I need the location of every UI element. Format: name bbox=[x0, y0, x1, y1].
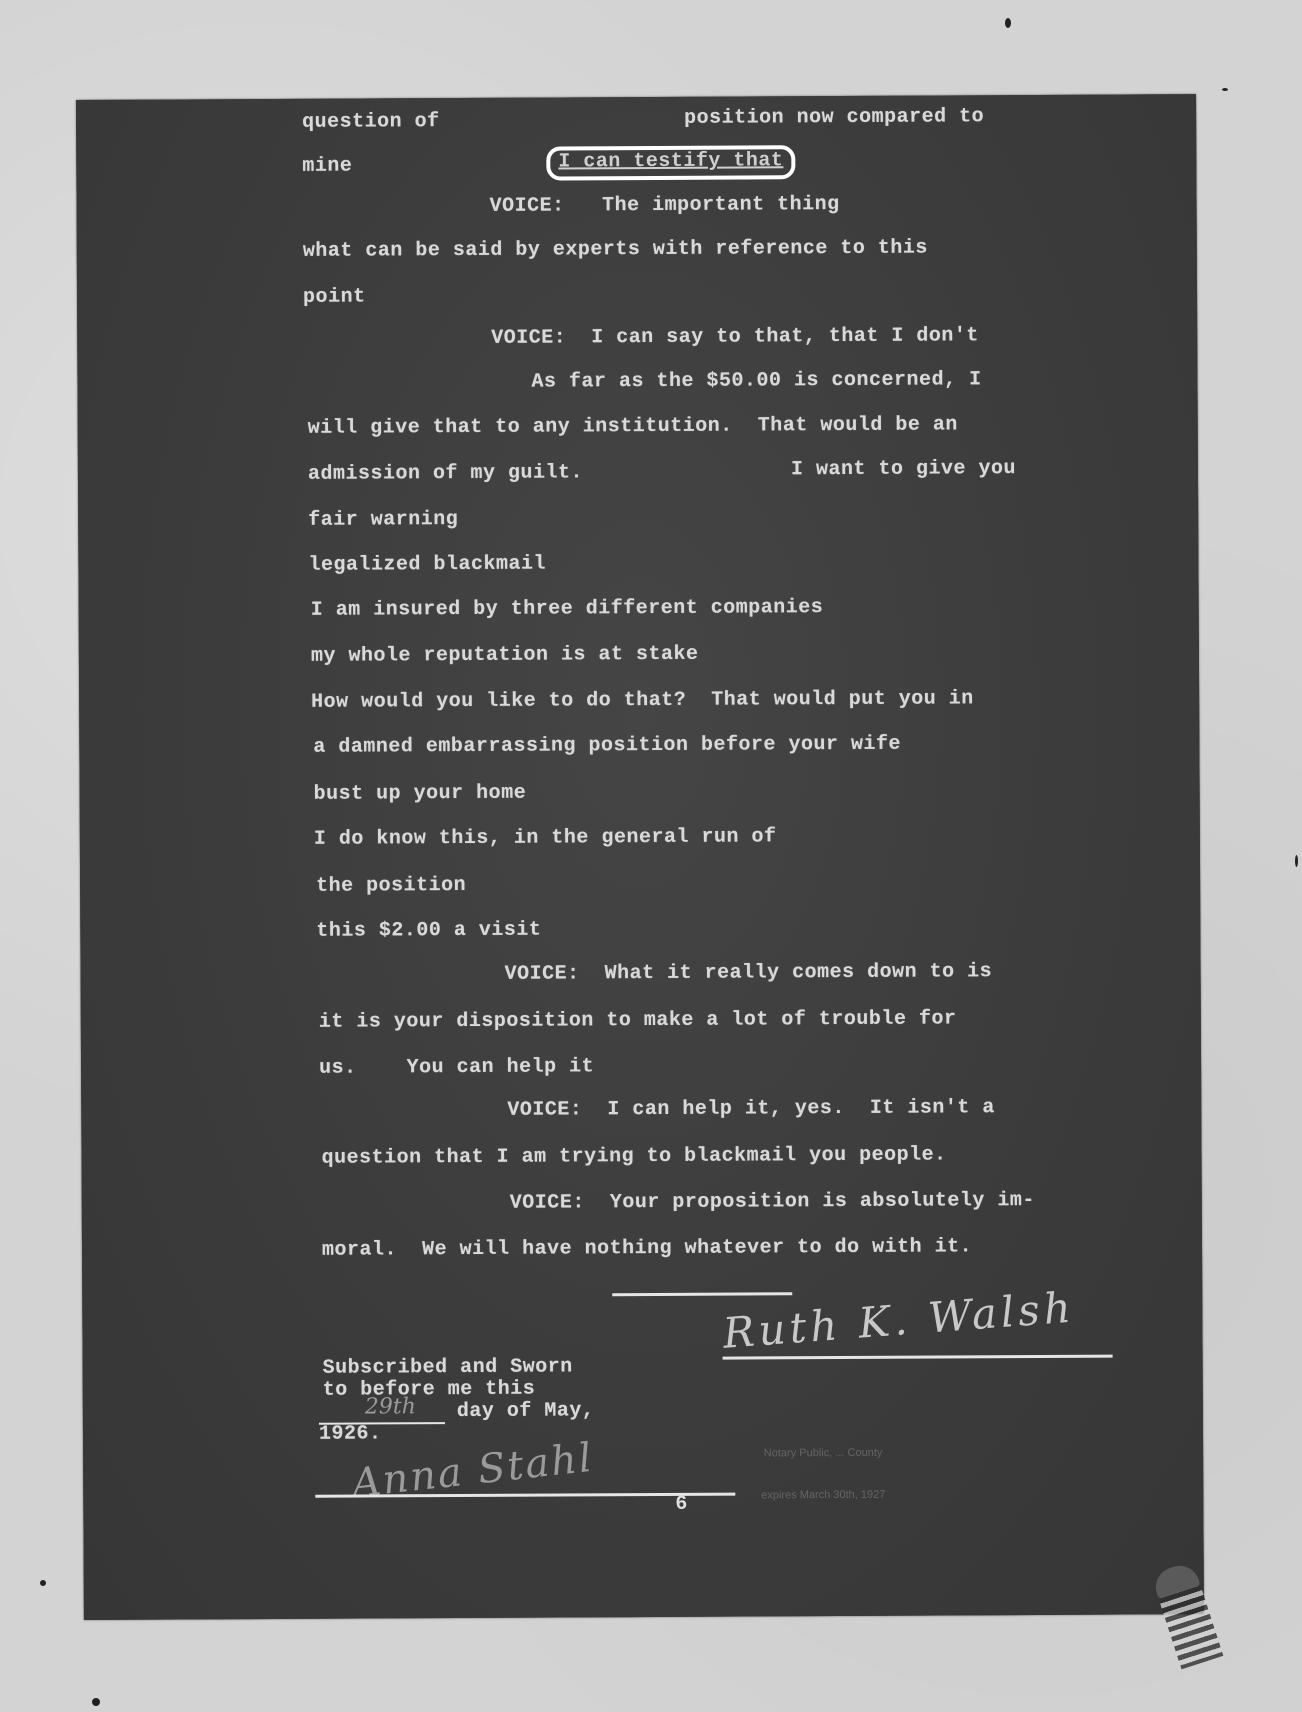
text-line: the position bbox=[316, 874, 466, 898]
page-number: 6 bbox=[675, 1493, 687, 1516]
speaker-line: VOICE: What it really comes down to is bbox=[505, 960, 993, 986]
signature-rule-top bbox=[612, 1292, 792, 1296]
notary-stamp: Notary Public, ... County expires March … bbox=[703, 1445, 943, 1502]
text-line: what can be said by experts with referen… bbox=[303, 237, 928, 263]
text-line: moral. We will have nothing whatever to … bbox=[322, 1235, 972, 1261]
speaker-line: VOICE: I can help it, yes. It isn't a bbox=[507, 1096, 995, 1122]
jurat-line: day of May, bbox=[457, 1399, 595, 1423]
text-line: fair warning bbox=[308, 508, 458, 532]
text-line: legalized blackmail bbox=[308, 553, 546, 577]
document-page: question of position now compared to min… bbox=[76, 94, 1204, 1620]
speaker-line: VOICE: The important thing bbox=[490, 193, 840, 218]
text-line: I want to give you bbox=[791, 457, 1016, 481]
text-line: How would you like to do that? That woul… bbox=[311, 687, 974, 713]
text-line: admission of my guilt. bbox=[308, 461, 583, 485]
pencil-eraser-artifact bbox=[1151, 1561, 1224, 1670]
dust-speck bbox=[92, 1698, 100, 1706]
text-line: question of bbox=[302, 110, 440, 134]
text-line: a damned embarrassing position before yo… bbox=[313, 733, 901, 759]
text-line: As far as the $50.00 is concerned, I bbox=[531, 368, 981, 393]
text-line: I do know this, in the general run of bbox=[314, 825, 777, 850]
dust-speck bbox=[40, 1580, 46, 1586]
notary-stamp-line: expires March 30th, 1927 bbox=[703, 1487, 943, 1502]
text-line: it is your disposition to make a lot of … bbox=[319, 1007, 957, 1033]
dust-speck bbox=[1222, 88, 1228, 91]
text-line: point bbox=[303, 285, 366, 308]
jurat-line: Subscribed and Sworn bbox=[323, 1355, 573, 1379]
text-line: position now compared to bbox=[684, 105, 984, 130]
dust-speck bbox=[1005, 18, 1011, 28]
text-line: I am insured by three different companie… bbox=[311, 596, 824, 622]
text-line: bust up your home bbox=[314, 782, 527, 806]
notary-stamp-line: Notary Public, ... County bbox=[703, 1445, 943, 1460]
text-line: this $2.00 a visit bbox=[316, 919, 541, 943]
affiant-signature-line bbox=[723, 1355, 1113, 1360]
text-line: my whole reputation is at stake bbox=[311, 643, 699, 668]
jurat-line: to before me this bbox=[323, 1378, 536, 1402]
text-line: will give that to any institution. That … bbox=[308, 413, 958, 439]
highlighted-phrase: I can testify that bbox=[558, 149, 783, 173]
speaker-line: VOICE: Your proposition is absolutely im… bbox=[510, 1189, 1035, 1215]
jurat-year: 1926. bbox=[319, 1422, 382, 1445]
dust-speck bbox=[1295, 855, 1298, 867]
text-line: question that I am trying to blackmail y… bbox=[321, 1143, 946, 1169]
highlighted-phrase-box: I can testify that bbox=[546, 145, 795, 180]
text-line: us. You can help it bbox=[319, 1055, 594, 1079]
jurat-day-handwritten: 29th bbox=[365, 1394, 416, 1419]
speaker-line: VOICE: I can say to that, that I don't bbox=[491, 324, 979, 350]
text-line: mine bbox=[302, 155, 352, 178]
